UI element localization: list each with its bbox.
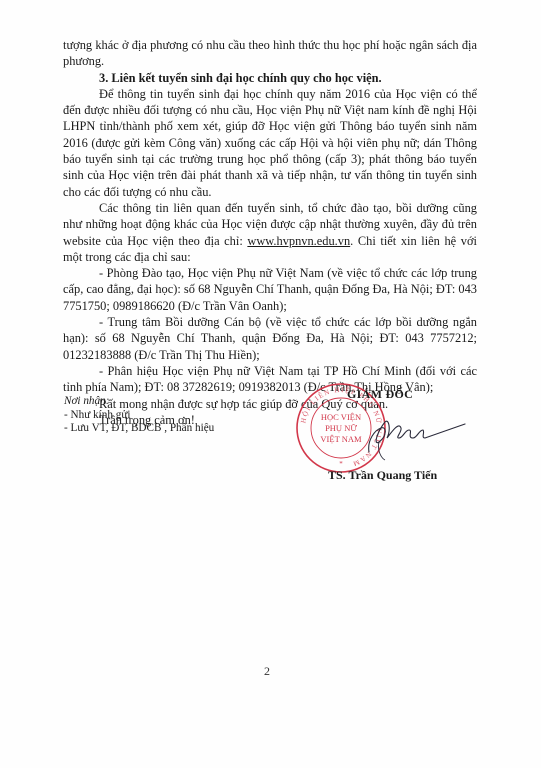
signature-block: HỘI LIÊN HIỆP PHỤ NỮ VIỆT NAM HỌC VIỆN P… <box>290 370 490 500</box>
svg-text:PHỤ NỮ: PHỤ NỮ <box>325 423 357 433</box>
paragraph-contact-intro: Các thông tin liên quan đến tuyển sinh, … <box>63 200 477 265</box>
paragraph-continuation: tượng khác ở địa phương có nhu cầu theo … <box>63 37 477 70</box>
svg-text:HỌC VIỆN: HỌC VIỆN <box>321 412 361 422</box>
recipients-block: Nơi nhận: - Như kính gửi - Lưu VT, ĐT, B… <box>64 395 214 436</box>
recipient-item: - Như kính gửi <box>64 409 214 423</box>
section-heading: 3. Liên kết tuyển sinh đại học chính quy… <box>63 70 477 86</box>
paragraph-request: Để thông tin tuyển sinh đại học chính qu… <box>63 86 477 200</box>
handwritten-signature-icon <box>365 402 475 462</box>
recipients-title: Nơi nhận: <box>64 395 214 409</box>
signer-name: TS. Trần Quang Tiến <box>328 468 437 483</box>
svg-text:*: * <box>339 460 343 468</box>
recipient-item: - Lưu VT, ĐT, BDCB , Phân hiệu <box>64 422 214 436</box>
svg-text:VIỆT NAM: VIỆT NAM <box>320 434 362 444</box>
contact-item: - Phòng Đào tạo, Học viện Phụ nữ Việt Na… <box>63 265 477 314</box>
document-page: tượng khác ở địa phương có nhu cầu theo … <box>0 0 541 768</box>
website-link[interactable]: www.hvpnvn.edu.vn <box>247 234 350 248</box>
signer-position: GIÁM ĐỐC <box>347 387 413 402</box>
page-number: 2 <box>264 664 270 679</box>
contact-item: - Trung tâm Bồi dưỡng Cán bộ (về việc tổ… <box>63 314 477 363</box>
